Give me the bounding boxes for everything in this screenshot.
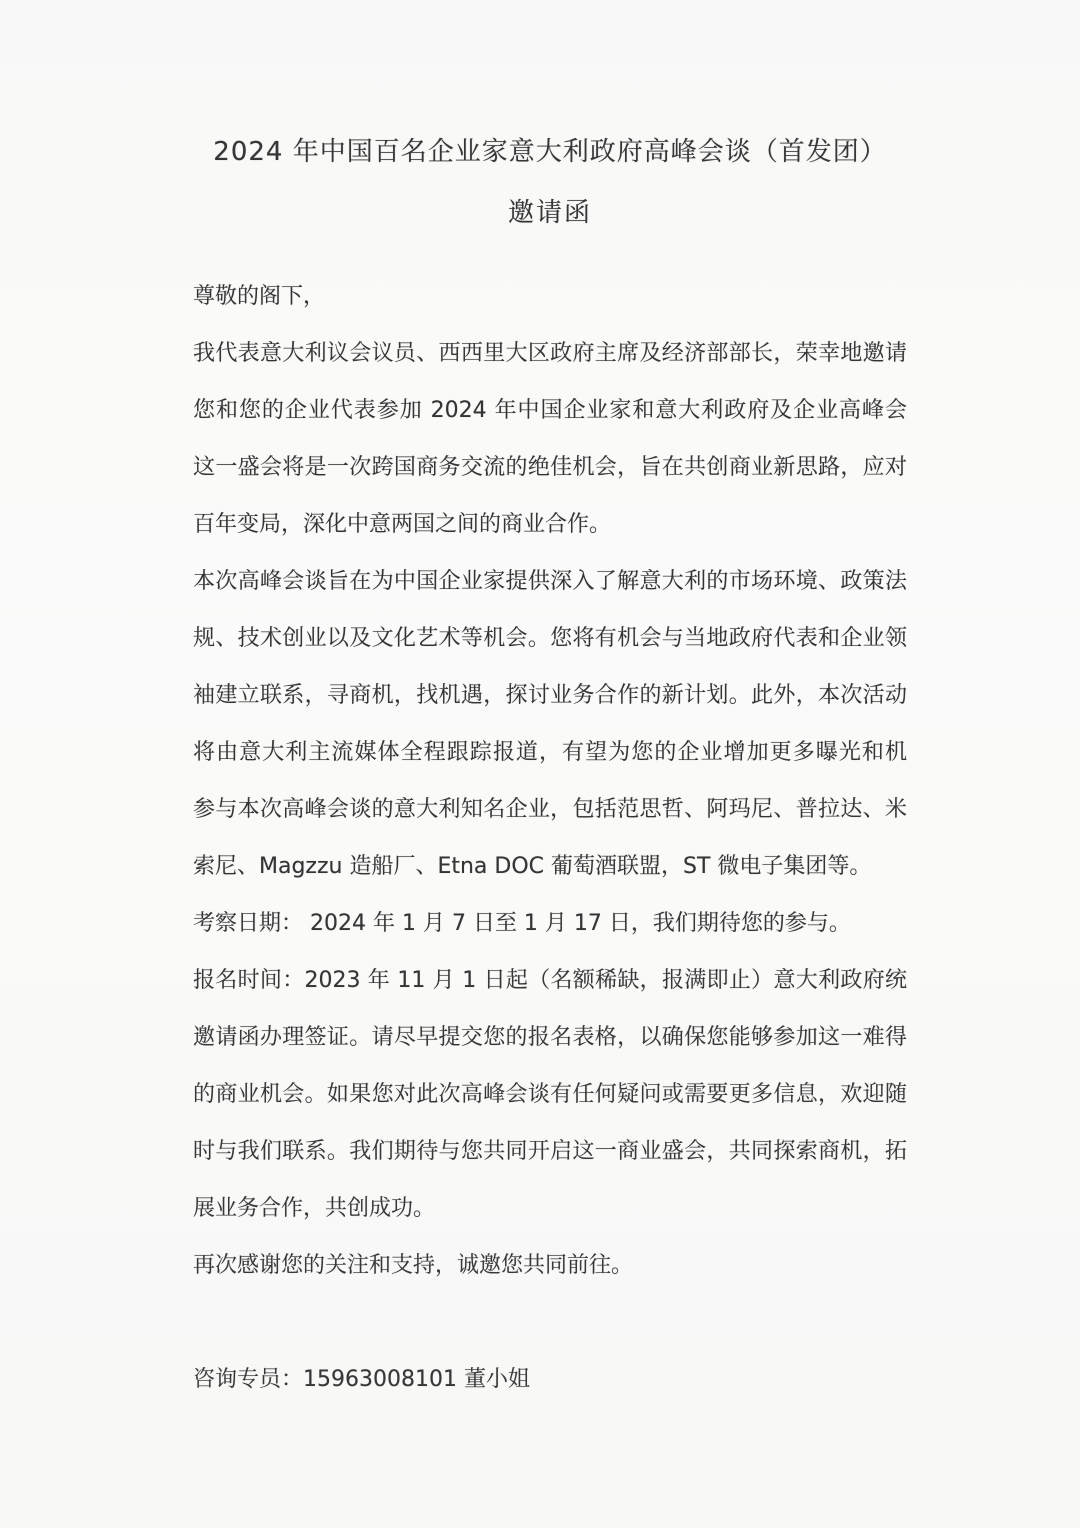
body-line: 邀请函办理签证。请尽早提交您的报名表格，以确保您能够参加这一难得 xyxy=(193,1009,907,1066)
body-line: 本次高峰会谈旨在为中国企业家提供深入了解意大利的市场环境、政策法 xyxy=(193,553,907,610)
body-line: 规、技术创业以及文化艺术等机会。您将有机会与当地政府代表和企业领 xyxy=(193,610,907,667)
body-line: 我代表意大利议会议员、西西里大区政府主席及经济部部长，荣幸地邀请 xyxy=(193,325,907,382)
body-line: 百年变局，深化中意两国之间的商业合作。 xyxy=(193,496,907,553)
body-line: 您和您的企业代表参加 2024 年中国企业家和意大利政府及企业高峰会谈。 xyxy=(193,382,907,439)
document-title: 2024 年中国百名企业家意大利政府高峰会谈（首发团） xyxy=(193,124,907,181)
closing-line: 再次感谢您的关注和支持，诚邀您共同前往。 xyxy=(193,1237,907,1294)
body-line: 袖建立联系，寻商机，找机遇，探讨业务合作的新计划。此外，本次活动 xyxy=(193,667,907,724)
invitation-letter-page: 2024 年中国百名企业家意大利政府高峰会谈（首发团） 邀请函 尊敬的阁下， 我… xyxy=(0,0,1080,1528)
contact-line: 咨询专员：15963008101 董小姐 xyxy=(193,1351,907,1408)
body-line: 索尼、Magzzu 造船厂、Etna DOC 葡萄酒联盟，ST 微电子集团等。 xyxy=(193,838,907,895)
body-line: 参与本次高峰会谈的意大利知名企业，包括范思哲、阿玛尼、普拉达、米 xyxy=(193,781,907,838)
document-subtitle: 邀请函 xyxy=(193,185,907,242)
body-line: 展业务合作，共创成功。 xyxy=(193,1180,907,1237)
document-body: 尊敬的阁下， 我代表意大利议会议员、西西里大区政府主席及经济部部长，荣幸地邀请 … xyxy=(193,268,907,1294)
inspection-date-line: 考察日期： 2024 年 1 月 7 日至 1 月 17 日，我们期待您的参与。 xyxy=(193,895,907,952)
body-line: 时与我们联系。我们期待与您共同开启这一商业盛会，共同探索商机，拓 xyxy=(193,1123,907,1180)
registration-time-line: 报名时间：2023 年 11 月 1 日起（名额稀缺，报满即止）意大利政府统一发 xyxy=(193,952,907,1009)
body-line: 将由意大利主流媒体全程跟踪报道，有望为您的企业增加更多曝光和机会。 xyxy=(193,724,907,781)
salutation-line: 尊敬的阁下， xyxy=(193,268,907,325)
body-line: 这一盛会将是一次跨国商务交流的绝佳机会，旨在共创商业新思路，应对 xyxy=(193,439,907,496)
body-line: 的商业机会。如果您对此次高峰会谈有任何疑问或需要更多信息，欢迎随 xyxy=(193,1066,907,1123)
